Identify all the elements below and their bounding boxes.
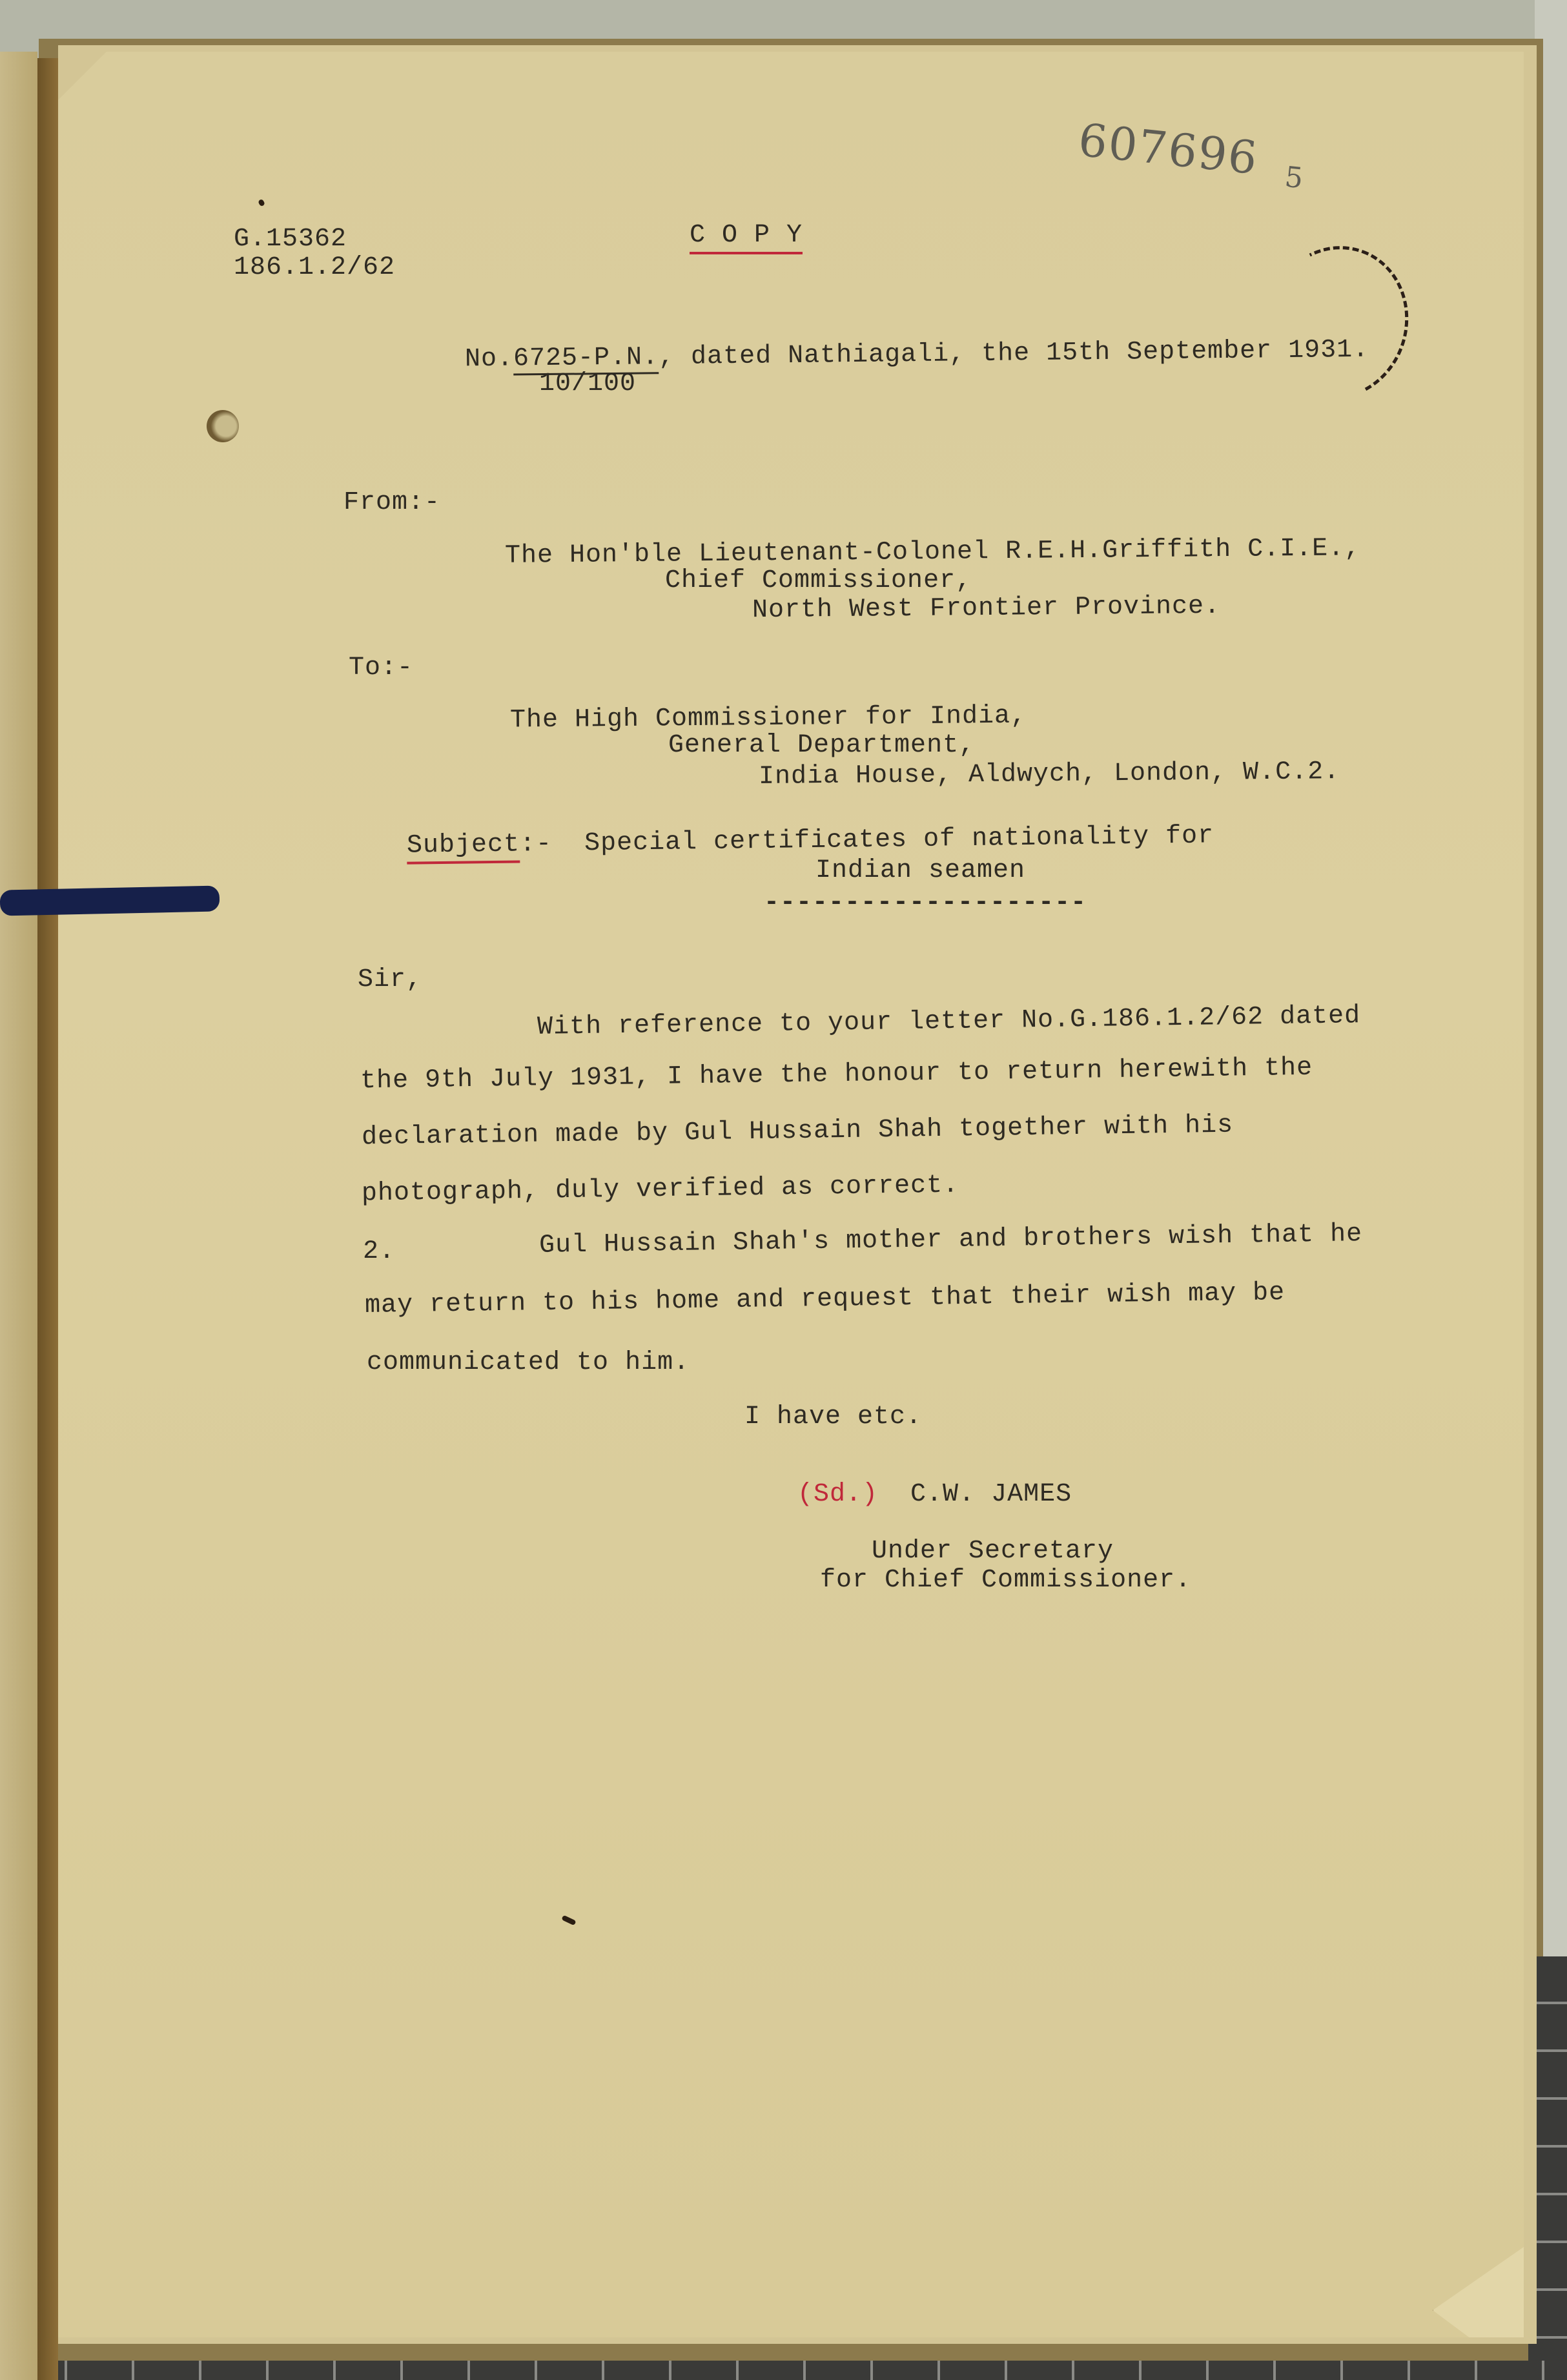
- to-line-3: India House, Aldwych, London, W.C.2.: [759, 757, 1340, 792]
- ref-prefix: No.: [465, 345, 513, 374]
- signatory-title-1: Under Secretary: [872, 1537, 1114, 1566]
- punch-hole: [207, 410, 239, 442]
- folded-corner: [1433, 2247, 1524, 2337]
- paper-speck: [258, 199, 265, 207]
- left-page-edge: [0, 52, 37, 2380]
- body-line-7: communicated to him.: [367, 1348, 690, 1378]
- from-label: From:-: [343, 488, 440, 518]
- binding-gutter: [37, 58, 58, 2380]
- ref-date: , dated Nathiagali, the 15th September 1…: [659, 336, 1369, 373]
- body-line-3: declaration made by Gul Hussain Shah tog…: [362, 1111, 1234, 1153]
- copy-heading: C O P Y: [690, 221, 803, 254]
- file-ref-1: G.15362: [234, 225, 347, 254]
- body-line-5: Gul Hussain Shah's mother and brothers w…: [539, 1220, 1363, 1261]
- signed-marker: (Sd.): [797, 1480, 878, 1509]
- signature-line: (Sd.) C.W. JAMES: [797, 1480, 1072, 1510]
- body-line-6: may return to his home and request that …: [365, 1278, 1285, 1321]
- subject-text-1: Special certificates of nationality for: [584, 821, 1214, 858]
- file-ref-2: 186.1.2/62: [234, 253, 395, 283]
- stamp-mark: [1244, 226, 1430, 420]
- body-line-4: photograph, duly verified as correct.: [362, 1171, 959, 1209]
- paper-speck: [561, 1915, 576, 1926]
- body-line-1: With reference to your letter No.G.186.1…: [537, 1001, 1361, 1043]
- signatory-name: C.W. JAMES: [910, 1480, 1072, 1509]
- subject-rule: --------------------: [764, 888, 1087, 918]
- ref-sub-number: 10/100: [539, 369, 636, 399]
- closing: I have etc.: [744, 1402, 922, 1432]
- subject-label: Subject: [407, 830, 520, 865]
- letter-sheet: G.15362 186.1.2/62 C O P Y 607696 5 No.6…: [58, 52, 1524, 2337]
- from-line-2: Chief Commissioner,: [665, 566, 972, 596]
- to-line-2: General Department,: [668, 731, 975, 761]
- signatory-title-2: for Chief Commissioner.: [820, 1566, 1191, 1595]
- binding-string: [0, 885, 220, 916]
- salutation: Sir,: [358, 965, 422, 995]
- from-line-3: North West Frontier Province.: [752, 592, 1220, 626]
- cutting-mat-bottom: [0, 2361, 1567, 2380]
- subject-line: Subject:- Special certificates of nation…: [407, 821, 1214, 861]
- body-line-2: the 9th July 1931, I have the honour to …: [360, 1054, 1313, 1097]
- to-label: To:-: [349, 653, 413, 683]
- archive-suffix-handwritten: 5: [1283, 161, 1306, 196]
- subject-text-2: Indian seamen: [815, 856, 1025, 886]
- subject-separator: :-: [520, 830, 553, 859]
- paragraph-number: 2.: [363, 1237, 395, 1267]
- archive-number-handwritten: 607696: [1076, 114, 1260, 185]
